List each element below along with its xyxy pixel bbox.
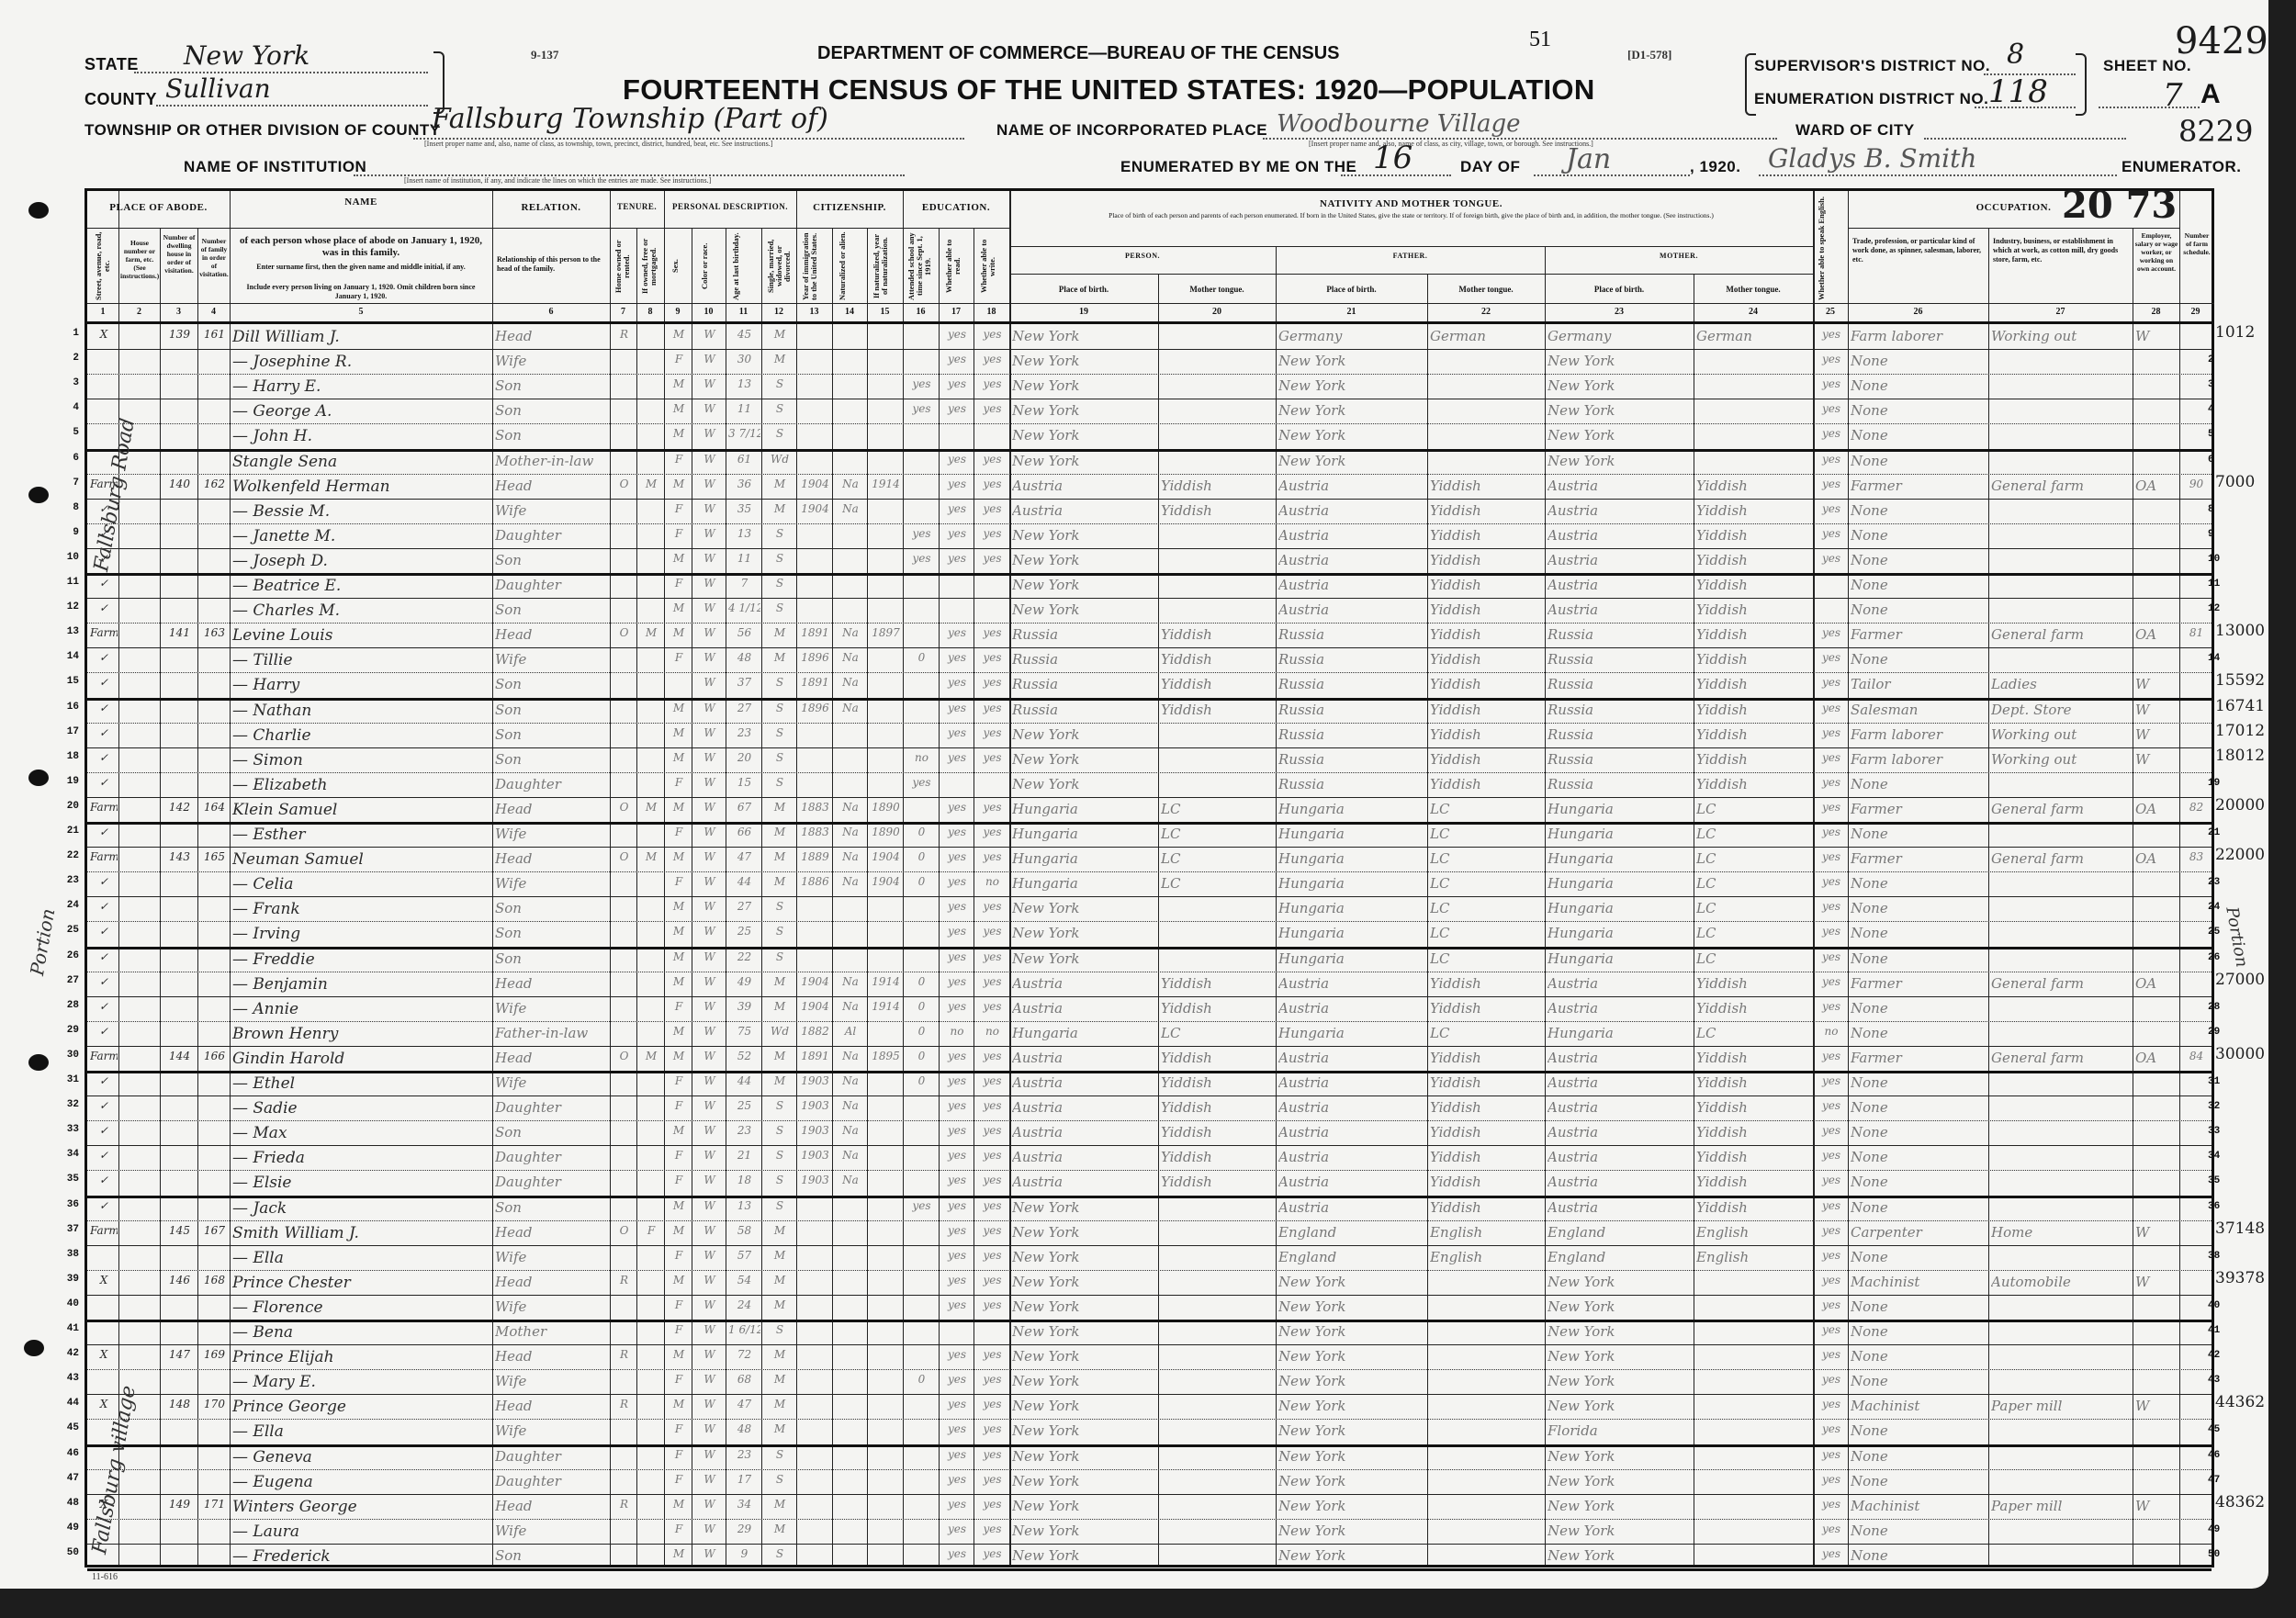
column-number: 23 xyxy=(1545,307,1694,317)
school-cell: 0 xyxy=(906,1373,938,1386)
name-cell: Dill William J. xyxy=(232,328,491,346)
row-number-right: 4 xyxy=(2208,404,2230,415)
race-cell: W xyxy=(694,478,725,490)
row-number: 28 xyxy=(57,1000,79,1011)
mother-birthplace-cell: New York xyxy=(1548,1348,1693,1365)
school-cell: yes xyxy=(906,402,938,415)
naturalized-cell: Na xyxy=(835,478,866,490)
mother-birthplace-cell: New York xyxy=(1548,1323,1693,1340)
age-cell: 25 xyxy=(728,1099,760,1112)
enumerator-label: ENUMERATOR. xyxy=(2122,158,2242,176)
mother-birthplace-cell: New York xyxy=(1548,1473,1693,1489)
age-cell: 20 xyxy=(728,751,760,764)
street-cell: X xyxy=(90,1274,118,1287)
read-cell: yes xyxy=(941,1074,973,1087)
mother-birthplace-cell: New York xyxy=(1548,427,1693,444)
column-number: 14 xyxy=(832,307,867,317)
mortgage-cell: M xyxy=(639,626,663,639)
street-cell: Farm xyxy=(90,626,118,639)
mother-birthplace-cell: Russia xyxy=(1548,651,1693,668)
row-number: 44 xyxy=(57,1398,79,1409)
read-cell: yes xyxy=(941,502,973,515)
write-cell: yes xyxy=(976,1074,1008,1087)
age-cell: 72 xyxy=(728,1348,760,1361)
mortgage-cell: M xyxy=(639,478,663,490)
write-cell: yes xyxy=(976,1249,1008,1262)
write-cell: yes xyxy=(976,1149,1008,1162)
race-cell: W xyxy=(694,577,725,590)
sex-cell: F xyxy=(667,453,691,466)
trade-cell: None xyxy=(1851,900,1987,916)
read-cell: yes xyxy=(941,453,973,466)
street-cell: ✓ xyxy=(90,950,118,963)
father-birthplace-cell: Russia xyxy=(1278,676,1426,692)
age-cell: 45 xyxy=(728,328,760,341)
nativity-note: Place of birth of each person and parent… xyxy=(1019,211,1804,220)
race-cell: W xyxy=(694,1422,725,1435)
mother-tongue-cell: Yiddish xyxy=(1161,702,1275,718)
father-birthplace-cell: Austria xyxy=(1278,577,1426,593)
birthplace-cell: Austria xyxy=(1012,975,1157,992)
row-number: 11 xyxy=(57,577,79,588)
father-birthplace-cell: Russia xyxy=(1278,726,1426,743)
trade-cell: Machinist xyxy=(1851,1274,1987,1290)
margin-code: 15592 xyxy=(2215,671,2265,690)
naturalization-year-cell: 1904 xyxy=(870,875,902,888)
father-tongue-cell: Yiddish xyxy=(1430,626,1544,643)
relation-cell: Son xyxy=(495,601,609,618)
speaks-english-cell: yes xyxy=(1816,527,1847,540)
column-number: 17 xyxy=(939,307,974,317)
read-cell: yes xyxy=(941,552,973,565)
margin-code: 20000 xyxy=(2215,796,2265,815)
mother-tongue-cell: LC xyxy=(1161,875,1275,892)
race-cell: W xyxy=(694,1298,725,1311)
father-birthplace-cell: New York xyxy=(1278,353,1426,369)
industry-cell: Working out xyxy=(1991,726,2132,743)
sex-cell: F xyxy=(667,1473,691,1486)
nativity-mother: MOTHER. xyxy=(1545,252,1813,260)
row-number: 48 xyxy=(57,1498,79,1509)
immigration-year-cell: 1903 xyxy=(799,1074,831,1087)
trade-cell: Machinist xyxy=(1851,1498,1987,1514)
marital-status-cell: M xyxy=(764,875,795,888)
speaks-english-cell: yes xyxy=(1816,1373,1847,1386)
trade-cell: None xyxy=(1851,776,1987,792)
department-title: DEPARTMENT OF COMMERCE—BUREAU OF THE CEN… xyxy=(817,43,1340,64)
birthplace-cell: New York xyxy=(1012,1249,1157,1265)
col26-label: Trade, profession, or particular kind of… xyxy=(1852,237,1985,264)
relation-cell: Son xyxy=(495,377,609,394)
name-cell: — Annie xyxy=(232,1000,491,1018)
trade-cell: None xyxy=(1851,1298,1987,1315)
row-number: 47 xyxy=(57,1473,79,1484)
punch-hole xyxy=(24,1340,44,1356)
trade-cell: Farmer xyxy=(1851,1050,1987,1066)
trade-cell: Machinist xyxy=(1851,1398,1987,1414)
school-cell: 0 xyxy=(906,1025,938,1038)
age-cell: 23 xyxy=(728,1448,760,1461)
father-birthplace-cell: Austria xyxy=(1278,601,1426,618)
mortgage-cell: F xyxy=(639,1224,663,1237)
immigration-year-cell: 1903 xyxy=(799,1149,831,1162)
mother-tongue-cell: Yiddish xyxy=(1161,626,1275,643)
county-label: COUNTY xyxy=(84,90,157,109)
industry-cell: Home xyxy=(1991,1224,2132,1241)
father-tongue-cell: Yiddish xyxy=(1430,478,1544,494)
relation-cell: Wife xyxy=(495,1422,609,1439)
sex-cell: F xyxy=(667,1448,691,1461)
sex-cell: F xyxy=(667,1373,691,1386)
naturalized-cell: Na xyxy=(835,875,866,888)
row-number-right: 23 xyxy=(2208,877,2230,888)
father-birthplace-cell: New York xyxy=(1278,1522,1426,1539)
stamp-number: 51 xyxy=(1529,28,1551,52)
naturalized-cell: Na xyxy=(835,502,866,515)
relation-cell: Daughter xyxy=(495,1149,609,1165)
naturalization-year-cell: 1914 xyxy=(870,975,902,988)
naturalization-year-cell: 1895 xyxy=(870,1050,902,1062)
race-cell: W xyxy=(694,1373,725,1386)
row-number-right: 41 xyxy=(2208,1325,2230,1336)
row-number: 46 xyxy=(57,1448,79,1459)
worker-class-cell: OA xyxy=(2135,1050,2178,1066)
father-tongue-cell: Yiddish xyxy=(1430,751,1544,768)
name-cell: — Celia xyxy=(232,875,491,893)
mother-tongue-mother-cell: Yiddish xyxy=(1696,751,1812,768)
street-cell: Farm xyxy=(90,801,118,814)
supervisor-district-label: SUPERVISOR'S DISTRICT NO. xyxy=(1754,57,1990,75)
school-cell: 0 xyxy=(906,826,938,838)
age-cell: 3 7/12 xyxy=(728,427,760,440)
dwelling-number-cell: 144 xyxy=(163,1050,197,1062)
worker-class-cell: OA xyxy=(2135,850,2178,867)
mother-birthplace-cell: New York xyxy=(1548,1547,1693,1564)
trade-cell: None xyxy=(1851,1473,1987,1489)
row-number: 22 xyxy=(57,850,79,861)
age-cell: 4 1/12 xyxy=(728,601,760,614)
speaks-english-cell: yes xyxy=(1816,1522,1847,1535)
sex-cell: M xyxy=(667,626,691,639)
race-cell: W xyxy=(694,726,725,739)
worker-class-cell: OA xyxy=(2135,478,2178,494)
street-cell: Farm xyxy=(90,1050,118,1062)
write-cell: yes xyxy=(976,1373,1008,1386)
home-owned-cell: R xyxy=(613,1274,636,1287)
worker-class-cell: W xyxy=(2135,1224,2178,1241)
township-label: TOWNSHIP OR OTHER DIVISION OF COUNTY xyxy=(84,121,441,140)
industry-cell: General farm xyxy=(1991,975,2132,992)
stamp-upper: 9429 xyxy=(2175,20,2268,62)
marital-status-cell: S xyxy=(764,702,795,714)
age-cell: 30 xyxy=(728,353,760,365)
street-cell: ✓ xyxy=(90,925,118,938)
age-cell: 23 xyxy=(728,726,760,739)
row-number: 15 xyxy=(57,676,79,687)
column-number: 29 xyxy=(2179,307,2212,317)
race-cell: W xyxy=(694,453,725,466)
read-cell: yes xyxy=(941,826,973,838)
speaks-english-cell: yes xyxy=(1816,1074,1847,1087)
birthplace-cell: New York xyxy=(1012,527,1157,544)
col22-label: Mother tongue. xyxy=(1427,285,1545,294)
mother-tongue-mother-cell: LC xyxy=(1696,1025,1812,1041)
row-number: 9 xyxy=(57,527,79,538)
speaks-english-cell: yes xyxy=(1816,478,1847,490)
birthplace-cell: New York xyxy=(1012,1323,1157,1340)
relation-cell: Head xyxy=(495,1398,609,1414)
day-of-label: DAY OF xyxy=(1460,158,1520,176)
naturalized-cell: Na xyxy=(835,826,866,838)
read-cell: yes xyxy=(941,1298,973,1311)
race-cell: W xyxy=(694,1398,725,1410)
row-number-right: 34 xyxy=(2208,1151,2230,1162)
sex-cell: M xyxy=(667,900,691,913)
age-cell: 68 xyxy=(728,1373,760,1386)
occupation-stamp: 20 73 xyxy=(2062,184,2177,227)
name-cell: Klein Samuel xyxy=(232,801,491,819)
father-tongue-cell: Yiddish xyxy=(1430,1074,1544,1091)
street-cell: ✓ xyxy=(90,1199,118,1212)
write-cell: yes xyxy=(976,801,1008,814)
birthplace-cell: Austria xyxy=(1012,1124,1157,1140)
trade-cell: None xyxy=(1851,1547,1987,1564)
col23-label: Place of birth. xyxy=(1545,285,1694,294)
father-tongue-cell: Yiddish xyxy=(1430,676,1544,692)
row-number: 31 xyxy=(57,1074,79,1085)
age-cell: 49 xyxy=(728,975,760,988)
relation-cell: Daughter xyxy=(495,776,609,792)
speaks-english-cell: yes xyxy=(1816,552,1847,565)
mother-birthplace-cell: Hungaria xyxy=(1548,1025,1693,1041)
father-tongue-cell: LC xyxy=(1430,826,1544,842)
group-personal-description: PERSONAL DESCRIPTION. xyxy=(664,202,796,211)
industry-cell: General farm xyxy=(1991,626,2132,643)
father-birthplace-cell: Austria xyxy=(1278,1149,1426,1165)
immigration-year-cell: 1904 xyxy=(799,478,831,490)
father-birthplace-cell: New York xyxy=(1278,377,1426,394)
name-cell: — Eugena xyxy=(232,1473,491,1491)
naturalization-year-cell: 1904 xyxy=(870,850,902,863)
birthplace-cell: New York xyxy=(1012,726,1157,743)
mother-tongue-mother-cell: LC xyxy=(1696,850,1812,867)
row-number-right: 50 xyxy=(2208,1549,2230,1560)
marital-status-cell: M xyxy=(764,1074,795,1087)
column-number: 16 xyxy=(903,307,939,317)
write-cell: yes xyxy=(976,751,1008,764)
column-number: 10 xyxy=(692,307,726,317)
age-cell: 23 xyxy=(728,1124,760,1137)
worker-class-cell: W xyxy=(2135,751,2178,768)
industry-cell: Working out xyxy=(1991,751,2132,768)
immigration-year-cell: 1891 xyxy=(799,1050,831,1062)
race-cell: W xyxy=(694,427,725,440)
col16-label: Attended school any time since Sept. 1, … xyxy=(907,231,933,301)
birthplace-cell: Russia xyxy=(1012,702,1157,718)
margin-code: 30000 xyxy=(2215,1045,2265,1063)
row-number: 24 xyxy=(57,900,79,911)
marital-status-cell: S xyxy=(764,1174,795,1186)
birthplace-cell: Russia xyxy=(1012,626,1157,643)
nativity-father: FATHER. xyxy=(1276,252,1545,260)
marital-status-cell: M xyxy=(764,826,795,838)
form-code: [D1-578] xyxy=(1627,48,1671,62)
speaks-english-cell: yes xyxy=(1816,702,1847,714)
trade-cell: None xyxy=(1851,1124,1987,1140)
race-cell: W xyxy=(694,626,725,639)
street-cell: ✓ xyxy=(90,702,118,714)
read-cell: yes xyxy=(941,478,973,490)
age-cell: 13 xyxy=(728,527,760,540)
birthplace-cell: Russia xyxy=(1012,651,1157,668)
marital-status-cell: S xyxy=(764,377,795,390)
name-cell: — Nathan xyxy=(232,702,491,720)
father-tongue-cell: Yiddish xyxy=(1430,1050,1544,1066)
relation-cell: Wife xyxy=(495,875,609,892)
father-tongue-cell: Yiddish xyxy=(1430,1099,1544,1116)
row-number-right: 45 xyxy=(2208,1424,2230,1435)
mother-tongue-mother-cell: Yiddish xyxy=(1696,527,1812,544)
group-relation: RELATION. xyxy=(492,202,610,213)
row-number: 45 xyxy=(57,1422,79,1433)
read-cell: yes xyxy=(941,527,973,540)
school-cell: yes xyxy=(906,1199,938,1212)
name-cell: — Max xyxy=(232,1124,491,1142)
birthplace-cell: New York xyxy=(1012,601,1157,618)
immigration-year-cell: 1904 xyxy=(799,502,831,515)
relation-cell: Wife xyxy=(495,353,609,369)
immigration-year-cell: 1896 xyxy=(799,651,831,664)
marital-status-cell: M xyxy=(764,1398,795,1410)
mother-tongue-mother-cell: Yiddish xyxy=(1696,478,1812,494)
row-number: 26 xyxy=(57,950,79,961)
school-cell: 0 xyxy=(906,651,938,664)
birthplace-cell: New York xyxy=(1012,1547,1157,1564)
column-number: 8 xyxy=(636,307,664,317)
read-cell: yes xyxy=(941,726,973,739)
marital-status-cell: M xyxy=(764,626,795,639)
relation-description: Relationship of this person to the head … xyxy=(497,255,605,274)
mother-birthplace-cell: Austria xyxy=(1548,601,1693,618)
father-birthplace-cell: New York xyxy=(1278,1398,1426,1414)
naturalized-cell: Na xyxy=(835,626,866,639)
race-cell: W xyxy=(694,676,725,689)
marital-status-cell: M xyxy=(764,478,795,490)
name-cell: — Harry E. xyxy=(232,377,491,396)
father-tongue-cell: Yiddish xyxy=(1430,502,1544,519)
write-cell: yes xyxy=(976,328,1008,341)
industry-cell: General farm xyxy=(1991,1050,2132,1066)
mother-birthplace-cell: New York xyxy=(1548,1498,1693,1514)
immigration-year-cell: 1886 xyxy=(799,875,831,888)
naturalized-cell: Na xyxy=(835,1124,866,1137)
relation-cell: Head xyxy=(495,1498,609,1514)
trade-cell: None xyxy=(1851,1099,1987,1116)
speaks-english-cell: no xyxy=(1816,1025,1847,1038)
relation-cell: Mother xyxy=(495,1323,609,1340)
mother-tongue-mother-cell: Yiddish xyxy=(1696,651,1812,668)
immigration-year-cell: 1883 xyxy=(799,801,831,814)
write-cell: yes xyxy=(976,1298,1008,1311)
street-cell: ✓ xyxy=(90,1174,118,1186)
census-sheet: 9-137 51 [D1-578] DEPARTMENT OF COMMERCE… xyxy=(0,0,2268,1589)
dwelling-number-cell: 149 xyxy=(163,1498,197,1511)
column-number: 27 xyxy=(1988,307,2133,317)
trade-cell: None xyxy=(1851,1149,1987,1165)
row-number: 25 xyxy=(57,925,79,936)
father-tongue-cell: LC xyxy=(1430,801,1544,817)
write-cell: yes xyxy=(976,950,1008,963)
row-number-right: 35 xyxy=(2208,1175,2230,1186)
read-cell: yes xyxy=(941,1274,973,1287)
father-birthplace-cell: New York xyxy=(1278,1298,1426,1315)
sex-cell: M xyxy=(667,950,691,963)
sex-cell: M xyxy=(667,925,691,938)
home-owned-cell: R xyxy=(613,328,636,341)
race-cell: W xyxy=(694,776,725,789)
speaks-english-cell: yes xyxy=(1816,1348,1847,1361)
father-tongue-cell: Yiddish xyxy=(1430,1124,1544,1140)
name-cell: — Josephine R. xyxy=(232,353,491,371)
write-cell: yes xyxy=(976,1099,1008,1112)
mother-birthplace-cell: New York xyxy=(1548,1448,1693,1465)
mother-birthplace-cell: New York xyxy=(1548,1298,1693,1315)
school-cell: yes xyxy=(906,552,938,565)
father-tongue-cell: Yiddish xyxy=(1430,1174,1544,1190)
mother-birthplace-cell: Hungaria xyxy=(1548,925,1693,941)
sex-cell: F xyxy=(667,651,691,664)
read-cell: yes xyxy=(941,1224,973,1237)
mother-tongue-mother-cell: LC xyxy=(1696,826,1812,842)
race-cell: W xyxy=(694,1249,725,1262)
race-cell: W xyxy=(694,402,725,415)
relation-cell: Son xyxy=(495,676,609,692)
mother-birthplace-cell: Austria xyxy=(1548,1199,1693,1216)
age-cell: 13 xyxy=(728,1199,760,1212)
mother-birthplace-cell: England xyxy=(1548,1224,1693,1241)
row-number-right: 9 xyxy=(2208,529,2230,540)
family-number-cell: 168 xyxy=(200,1274,229,1287)
sex-cell: F xyxy=(667,776,691,789)
family-number-cell: 166 xyxy=(200,1050,229,1062)
write-cell: yes xyxy=(976,1448,1008,1461)
home-owned-cell: O xyxy=(613,626,636,639)
father-tongue-cell: Yiddish xyxy=(1430,577,1544,593)
column-number: 3 xyxy=(160,307,197,317)
father-tongue-cell: Yiddish xyxy=(1430,1199,1544,1216)
read-cell: yes xyxy=(941,1448,973,1461)
street-cell: ✓ xyxy=(90,726,118,739)
group-tenure: TENURE. xyxy=(610,202,664,211)
mother-tongue-cell: Yiddish xyxy=(1161,1124,1275,1140)
read-cell: yes xyxy=(941,702,973,714)
mother-tongue-cell: Yiddish xyxy=(1161,1099,1275,1116)
read-cell: yes xyxy=(941,1174,973,1186)
worker-class-cell: W xyxy=(2135,676,2178,692)
name-cell: — Irving xyxy=(232,925,491,943)
race-cell: W xyxy=(694,850,725,863)
column-number: 18 xyxy=(974,307,1009,317)
street-cell: ✓ xyxy=(90,577,118,590)
name-cell: Winters George xyxy=(232,1498,491,1516)
sex-cell: M xyxy=(667,751,691,764)
race-cell: W xyxy=(694,601,725,614)
age-cell: 11 xyxy=(728,402,760,415)
sex-cell: F xyxy=(667,1074,691,1087)
birthplace-cell: Austria xyxy=(1012,1050,1157,1066)
father-birthplace-cell: England xyxy=(1278,1249,1426,1265)
column-number: 22 xyxy=(1427,307,1545,317)
